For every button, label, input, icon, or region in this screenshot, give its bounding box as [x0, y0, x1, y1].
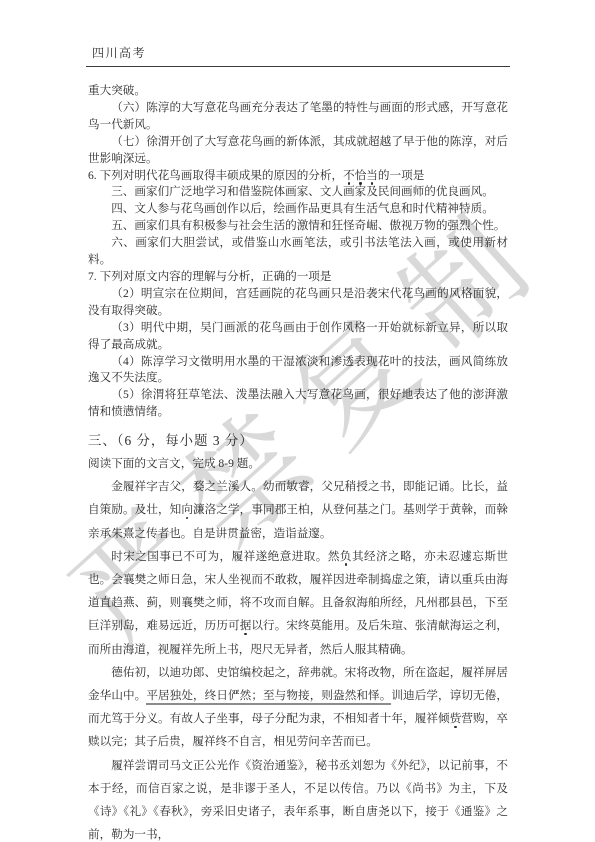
text-segment: 五、画家们具有积极参与社会生活的激情和狂怪奇崛、傲视万物的强烈个性。: [111, 219, 505, 232]
emphasized-char: 据: [240, 619, 252, 632]
emphasized-char: 赀: [450, 712, 462, 725]
text-block-passage: 金履祥字吉父，婺之兰溪人。幼而敏睿，父兄稍授之书，即能记诵。比长，益自策励。及壮…: [88, 475, 508, 545]
text-block-passage: 德佑初，以迪功郎、史馆编校起之，辞弗就。宋将改物，所在盗起，履祥屏居金华山中。平…: [88, 661, 508, 754]
text-segment: 的一项是: [378, 169, 424, 182]
text-block-opt: 四、文人参与花鸟画创作以后，绘画作品更具有生活气息和时代精神特质。: [88, 201, 508, 218]
text-segment: 为一书，: [123, 828, 169, 841]
text-segment: 6. 下列对明代花鸟画取得丰硕成果的原因的分析，: [88, 169, 343, 182]
text-segment: （2）明宣宗在位期间，宫廷画院的花鸟画只是沿袭宋代花鸟画的风格面貌，没有取得突破…: [88, 287, 508, 317]
text-block-para: （2）明宣宗在位期间，宫廷画院的花鸟画只是沿袭宋代花鸟画的风格面貌，没有取得突破…: [88, 286, 508, 320]
text-segment: 三、画家们广泛地学习和借鉴院体画家、文人画家及民间画师的优良画风。: [111, 185, 494, 198]
text-segment: （4）陈淳学习文徵明用水墨的干湿浓淡和渗透表现花叶的技法，画风简练放逸又不失法度…: [88, 355, 508, 385]
emphasized-char: 勒: [111, 828, 123, 841]
document-page: 严禁复制 四川高考 重大突破。（六）陈淳的大写意花鸟画充分表达了笔墨的特性与画面…: [0, 0, 595, 842]
text-segment: （七）徐渭开创了大写意花鸟画的新体派，其成就超越了早于他的陈淳，对后世影响深远。: [88, 135, 508, 165]
emphasized-char: 不: [343, 169, 355, 182]
text-block-para: （3）明代中期，吴门画派的花鸟画由于创作风格一开始就标新立异，所以取得了最高成就…: [88, 320, 508, 354]
emphasized-char: 恰: [355, 169, 367, 182]
document-content: 重大突破。（六）陈淳的大写意花鸟画充分表达了笔墨的特性与画面的形式感，开写意花鸟…: [88, 83, 508, 842]
text-block-opt: 六、画家们大胆尝试，或借鉴山水画笔法，或引书法笔法入画，或使用新材料。: [88, 235, 508, 269]
text-block-passage: 履祥尝谓司马文正公光作《资治通鉴》，秘书丞刘恕为《外纪》，以记前事，不本于经，而…: [88, 754, 508, 842]
text-block-opt: 三、画家们广泛地学习和借鉴院体画家、文人画家及民间画师的优良画风。: [88, 184, 508, 201]
underlined-phrase: 平居独处，终日俨然；至与物接，则盎然和怿。: [146, 689, 391, 705]
text-segment: （3）明代中期，吴门画派的花鸟画由于创作风格一开始就标新立异，所以取得了最高成就…: [88, 321, 508, 351]
header-divider-rule: [86, 66, 510, 67]
text-block-section: 三、（6 分，每小题 3 分）: [88, 429, 508, 453]
emphasized-char: 当: [366, 169, 378, 182]
text-block-opt: 五、画家们具有积极参与社会生活的激情和狂怪奇崛、傲视万物的强烈个性。: [88, 218, 508, 235]
text-block-para: （六）陈淳的大写意花鸟画充分表达了笔墨的特性与画面的形式感，开写意花鸟一代新风。: [88, 100, 508, 134]
text-segment: （5）徐渭将狂草笔法、泼墨法融入大写意花鸟画，很好地表达了他的澎湃激情和愤懑情绪…: [88, 388, 508, 418]
text-block-para: （七）徐渭开创了大写意花鸟画的新体派，其成就超越了早于他的陈淳，对后世影响深远。: [88, 134, 508, 168]
emphasized-char: 向: [181, 503, 193, 516]
page-header-title: 四川高考: [92, 44, 146, 61]
text-segment: 六、画家们大胆尝试，或借鉴山水画笔法，或引书法笔法入画，或使用新材料。: [88, 236, 508, 266]
text-segment: 时宋之国事已不可为，履祥遂绝意进取。然: [111, 550, 340, 563]
text-block-para: （4）陈淳学习文徵明用水墨的干湿浓淡和渗透表现花叶的技法，画风简练放逸又不失法度…: [88, 354, 508, 388]
text-block-stem: 6. 下列对明代花鸟画取得丰硕成果的原因的分析，不恰当的一项是: [88, 168, 508, 185]
text-segment: 重大突破。: [88, 84, 146, 97]
text-block-plain: 阅读下面的文言文，完成 8-9 题。: [88, 453, 508, 475]
text-block-para: （5）徐渭将狂草笔法、泼墨法融入大写意花鸟画，很好地表达了他的澎湃激情和愤懑情绪…: [88, 387, 508, 421]
text-segment: 阅读下面的文言文，完成 8-9 题。: [88, 457, 260, 470]
text-segment: 三、（6 分，每小题 3 分）: [88, 433, 254, 448]
text-segment: （六）陈淳的大写意花鸟画充分表达了笔墨的特性与画面的形式感，开写意花鸟一代新风。: [88, 101, 508, 131]
text-block-passage: 时宋之国事已不可为，履祥遂绝意进取。然负其经济之略，亦未忍遽忘斯世也。会襄樊之师…: [88, 545, 508, 661]
emphasized-char: 负: [340, 550, 352, 563]
text-block-stem: 7. 下列对原文内容的理解与分析，正确的一项是: [88, 269, 508, 286]
text-segment: 四、文人参与花鸟画创作以后，绘画作品更具有生活气息和时代精神特质。: [111, 202, 494, 215]
text-segment: 7. 下列对原文内容的理解与分析，正确的一项是: [88, 270, 331, 283]
text-block-cont: 重大突破。: [88, 83, 508, 100]
